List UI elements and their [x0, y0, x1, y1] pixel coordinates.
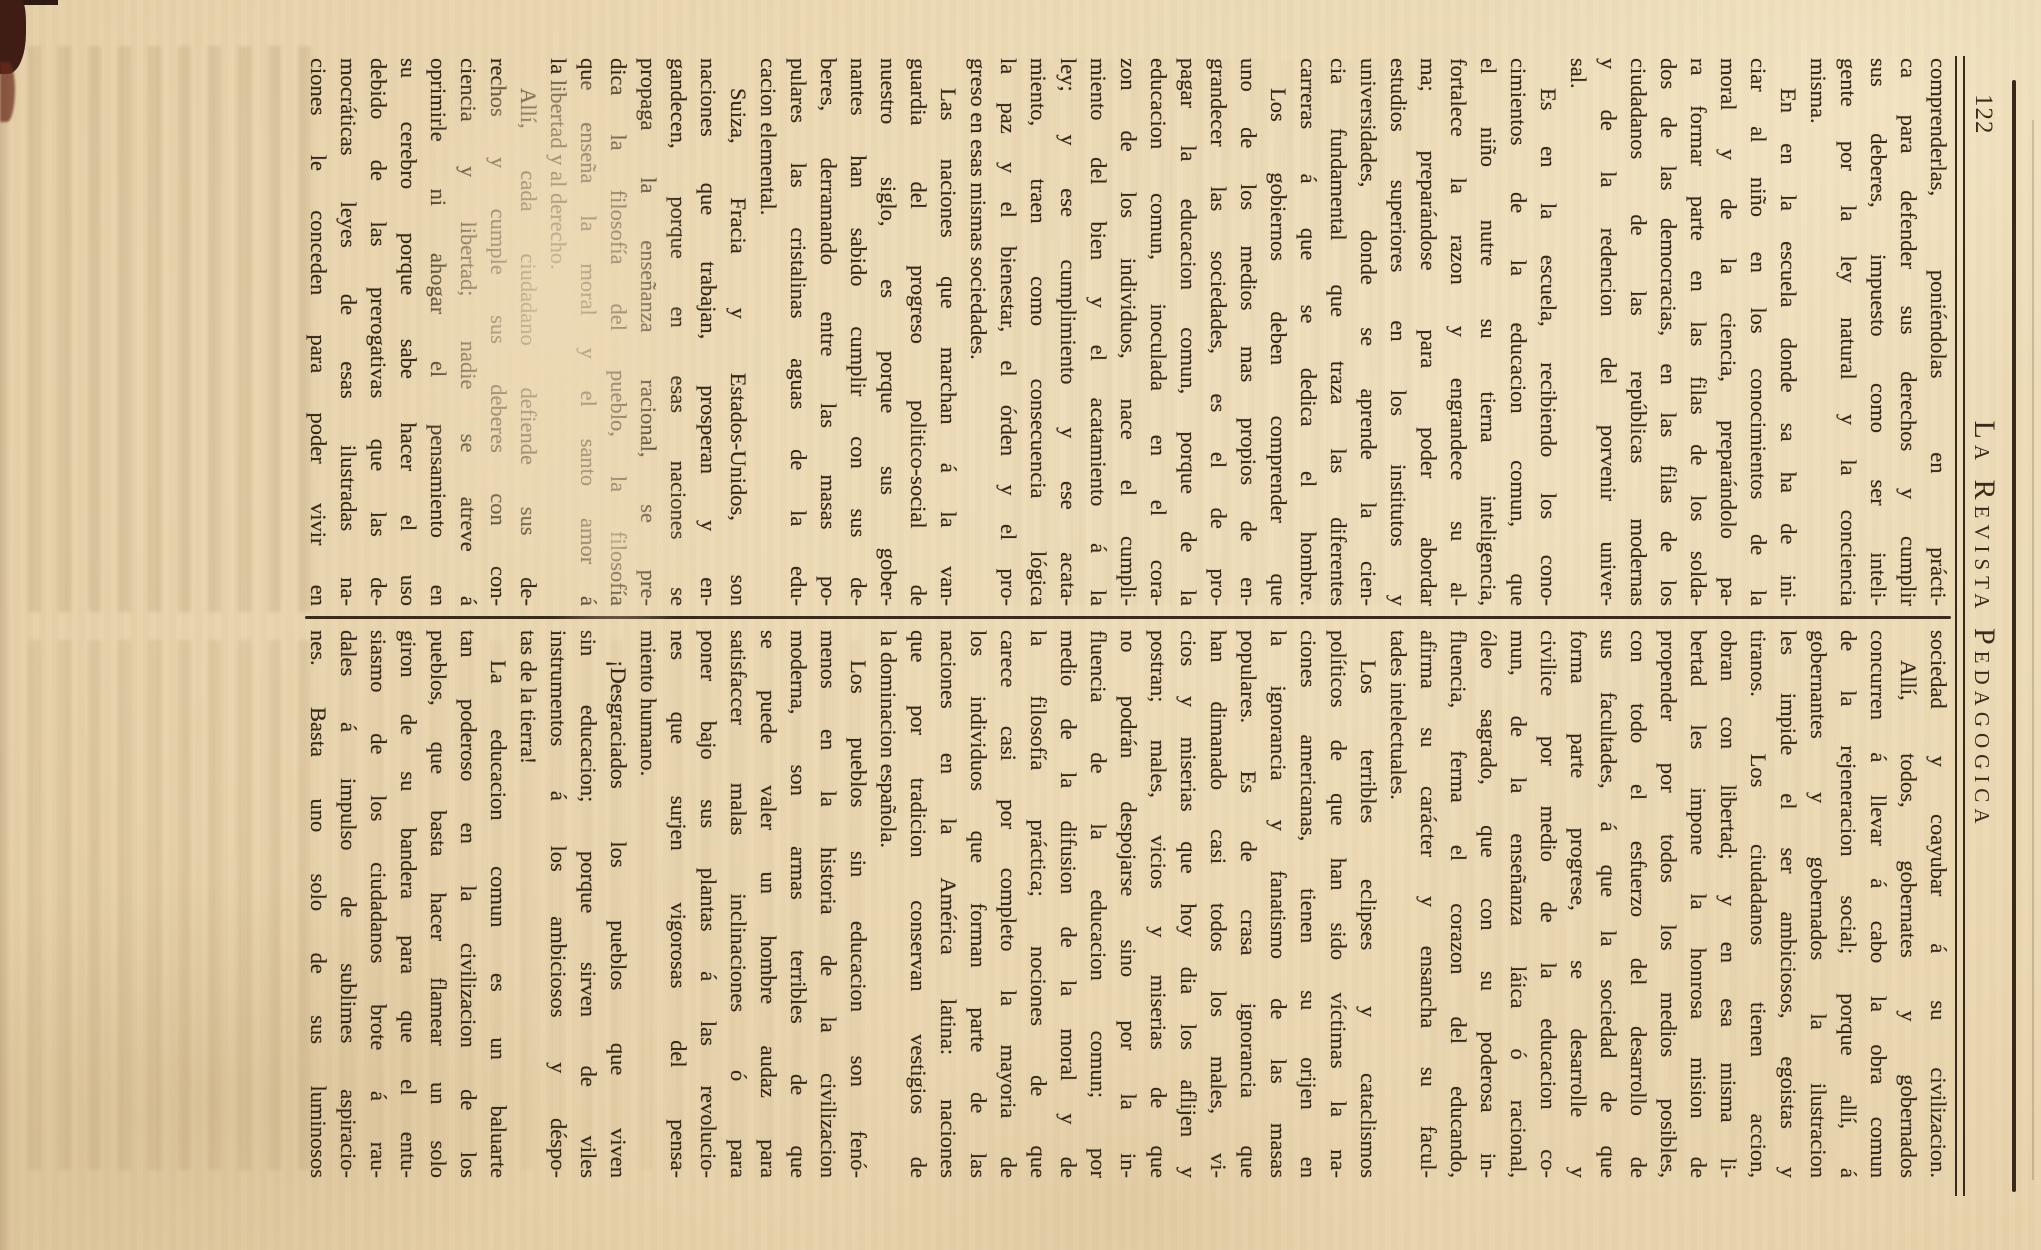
text-line: moral y de la ciencia, preparándolo pa- [1713, 58, 1743, 606]
text-line: sus deberes, impuesto como ser inteli- [1863, 58, 1893, 606]
column-left: comprenderlas, poniéndolas en prácti-ca … [303, 58, 1953, 606]
text-line: postran; males, vicios y miserias de que [1143, 630, 1173, 1178]
text-line: populares. Es de crasa ignorancia que [1233, 630, 1263, 1178]
text-line: propaga la enseñanza racional, se pre- [633, 58, 663, 606]
text-line: menos en la historia de la civilizacion [813, 630, 843, 1178]
text-line: ciones le conceden para poder vivir en [303, 58, 333, 606]
text-line: sociedad y coayubar á su civilizacion. [1923, 630, 1953, 1178]
text-line: tan poderoso en la civilizacion de los [453, 630, 483, 1178]
text-line: miento del bien y el acatamiento á la [1083, 58, 1113, 606]
text-line: forma parte progrese, se desarrolle y [1563, 630, 1593, 1178]
text-line: la filosofía práctica; nociones de que [1023, 630, 1053, 1178]
text-line: políticos de que han sido víctimas la na… [1323, 630, 1353, 1178]
text-line: instrumentos á los ambiciosos y déspo- [543, 630, 573, 1178]
text-line: nuestro siglo, es porque sus gober- [873, 58, 903, 606]
text-line: medio de la difusion de la moral y de [1053, 630, 1083, 1178]
text-line: afirma su carácter y ensancha su facul- [1413, 630, 1443, 1178]
page-edge-rule [2032, 120, 2034, 1180]
head-rule-double [1955, 56, 1965, 1196]
text-line: La educacion comun es un baluarte [483, 630, 513, 1178]
text-line: uno de los medios mas propios de en- [1233, 58, 1263, 606]
text-line: En en la escuela donde sa ha de ini- [1773, 58, 1803, 606]
text-line: cacion elemental. [753, 58, 783, 606]
text-line: de la rejeneracion social; porque allí, … [1833, 630, 1863, 1178]
column-divider-rule [305, 616, 1951, 619]
text-line: concurren á llevar á cabo la obra comun [1863, 630, 1893, 1178]
text-line: Suiza, Fracia y Estados-Unidos, son [723, 58, 753, 606]
text-line: sin educacion; porque sirven de viles [573, 630, 603, 1178]
text-line: estudios superiores en los institutos y [1383, 58, 1413, 606]
text-line: tiranos. Los ciudadanos tienen accion, [1743, 630, 1773, 1178]
column-right: sociedad y coayubar á su civilizacion.Al… [303, 630, 1953, 1178]
text-line: nes que surjen vigorosas del pensa- [663, 630, 693, 1178]
text-line: dales á impulso de sublimes aspiracio- [333, 630, 363, 1178]
text-line: grandecer las sociedades, es el de pro- [1203, 58, 1233, 606]
text-line: cios y miserias que hoy dia los aflijen … [1173, 630, 1203, 1178]
text-line: ciones americanas, tienen su orijen en [1293, 630, 1323, 1178]
text-line: su cerebro porque sabe hacer el uso [393, 58, 423, 606]
text-line: tas de la tierra! [513, 630, 543, 1178]
text-line: sal. [1563, 58, 1593, 606]
text-line: guardia del progreso politico-social de [903, 58, 933, 606]
text-line: naciones que trabajan, prosperan y en- [693, 58, 723, 606]
text-line: cimientos de la educacion comun, que [1503, 58, 1533, 606]
text-line: que enseña la moral y el santo amor á [573, 58, 603, 606]
text-line: ra formar parte en las filas de los sold… [1683, 58, 1713, 606]
text-line: ciar al niño en los conocimientos de la [1743, 58, 1773, 606]
text-line: pulares las cristalinas aguas de la edu- [783, 58, 813, 606]
text-line: ley; y ese cumplimiento y ese acata- [1053, 58, 1083, 606]
text-line: dica la filosofía del pueblo, la filosof… [603, 58, 633, 606]
text-line: poner bajo sus plantas á las revolucio- [693, 630, 723, 1178]
text-line: los individuos que forman parte de las [963, 630, 993, 1178]
text-line: dos de las democracias, en las filas de … [1653, 58, 1683, 606]
text-line: propender por todos los medios posibles, [1653, 630, 1683, 1178]
scanned-journal-page: 122 La Revista Pedagogica comprenderlas,… [0, 0, 2041, 1250]
text-line: satisfaccer malas inclinaciones ó para [723, 630, 753, 1178]
text-line: zon de los individuos, nace el cumpli- [1113, 58, 1143, 606]
text-line: Allí, cada ciudadano defiende sus de- [513, 58, 543, 606]
text-line: obran con libertad; y en esa misma li- [1713, 630, 1743, 1178]
text-line: giron de su bandera para que el entu- [393, 630, 423, 1178]
text-line: universidades, donde se aprende la cien- [1353, 58, 1383, 606]
text-line: la ignorancia y fanatismo de las masas [1263, 630, 1293, 1178]
text-line: Los terribles eclipses y cataclismos [1353, 630, 1383, 1178]
text-line: miento humano. [633, 630, 663, 1178]
text-line: debido de las prerogativas que las de- [363, 58, 393, 606]
text-line: ciencia y libertad; nadie se atreve á [453, 58, 483, 606]
text-line: han dimanado casi todos los males, vi- [1203, 630, 1233, 1178]
text-line: civilice por medio de la educacion co- [1533, 630, 1563, 1178]
text-line: comprenderlas, poniéndolas en prácti- [1923, 58, 1953, 606]
text-line: ¡Desgraciados los pueblos que viven [603, 630, 633, 1178]
text-line: beres, derramando entre las masas po- [813, 58, 843, 606]
text-line: la libertad y al derecho. [543, 58, 573, 606]
text-line: pueblos, que basta hacer flamear un solo [423, 630, 453, 1178]
text-line: gente por la ley natural y la conciencia [1833, 58, 1863, 606]
text-line: con todo el esfuerzo del desarrollo de [1623, 630, 1653, 1178]
head-rule-outer [2012, 80, 2016, 1192]
text-line: se puede valer un hombre audaz para [753, 630, 783, 1178]
text-line: cia fundamental que traza las diferentes [1323, 58, 1353, 606]
text-line: educacion comun, inoculada en el cora- [1143, 58, 1173, 606]
text-line: mun, de la enseñanza láica ó racional, [1503, 630, 1533, 1178]
text-line: carece casi por completo la mayoria de [993, 630, 1023, 1178]
text-line: siasmo de los ciudadanos brote á rau- [363, 630, 393, 1178]
text-line: miento, traen como consecuencia lógica [1023, 58, 1053, 606]
text-line: misma. [1803, 58, 1833, 606]
text-line: gobernantes y gobernados la ilustracion [1803, 630, 1833, 1178]
text-line: Es en la escuela, recibiendo los cono- [1533, 58, 1563, 606]
text-line: que por tradicion conservan vestigios de [903, 630, 933, 1178]
text-line: ma; preparándose para poder abordar [1413, 58, 1443, 606]
text-line: no podrán despojarse sino por la in- [1113, 630, 1143, 1178]
text-line: pagar la educacion comun, porque de la [1173, 58, 1203, 606]
text-line: fluencia, ferma el corazon del educando, [1443, 630, 1473, 1178]
text-line: fluencia de la educacion comun; por [1083, 630, 1113, 1178]
text-line: ca para defender sus derechos y cumplir [1893, 58, 1923, 606]
text-line: Las naciones que marchan á la van- [933, 58, 963, 606]
text-line: rechos y cumple sus deberes con con- [483, 58, 513, 606]
text-line: sus facultades, á que la sociedad de que [1593, 630, 1623, 1178]
text-line: óleo sagrado, que con su poderosa in- [1473, 630, 1503, 1178]
text-line: greso en esas mismas sociedades. [963, 58, 993, 606]
journal-title: La Revista Pedagogica [1967, 0, 2001, 1250]
text-line: la dominacion española. [873, 630, 903, 1178]
text-line: nes. Basta uno solo de sus luminosos [303, 630, 333, 1178]
text-line: la paz y el bienestar, el órden y el pro… [993, 58, 1023, 606]
text-line: Los gobiernos deben comprender que [1263, 58, 1293, 606]
text-line: mocráticas leyes de esas ilustradas na- [333, 58, 363, 606]
text-line: naciones en la América latina: naciones [933, 630, 963, 1178]
text-line: oprimirle ni ahogar el pensamiento en [423, 58, 453, 606]
text-line: nantes han sabido cumplir con sus de- [843, 58, 873, 606]
text-line: moderna, son armas terribles de que [783, 630, 813, 1178]
text-line: gandecen, porque en esas naciones se [663, 58, 693, 606]
text-line: Allí, todos, gobernates y gobernados [1893, 630, 1923, 1178]
text-line: les impide el ser ambiciosos, egoistas y [1773, 630, 1803, 1178]
text-line: tades intelectuales. [1383, 630, 1413, 1178]
text-line: y de la redencion del porvenir univer- [1593, 58, 1623, 606]
running-head: 122 La Revista Pedagogica [1969, 0, 2011, 1250]
text-line: carreras á que se dedica el hombre. [1293, 58, 1323, 606]
text-line: ciudadanos de las repúblicas modernas [1623, 58, 1653, 606]
text-line: el niño nutre su tierna inteligencia, [1473, 58, 1503, 606]
text-line: Los pueblos sin educacion son fenó- [843, 630, 873, 1178]
text-line: bertad les impone la honrosa mision de [1683, 630, 1713, 1178]
journal-page-rotated: 122 La Revista Pedagogica comprenderlas,… [0, 0, 2041, 1250]
text-line: fortalece la razon y engrandece su al- [1443, 58, 1473, 606]
